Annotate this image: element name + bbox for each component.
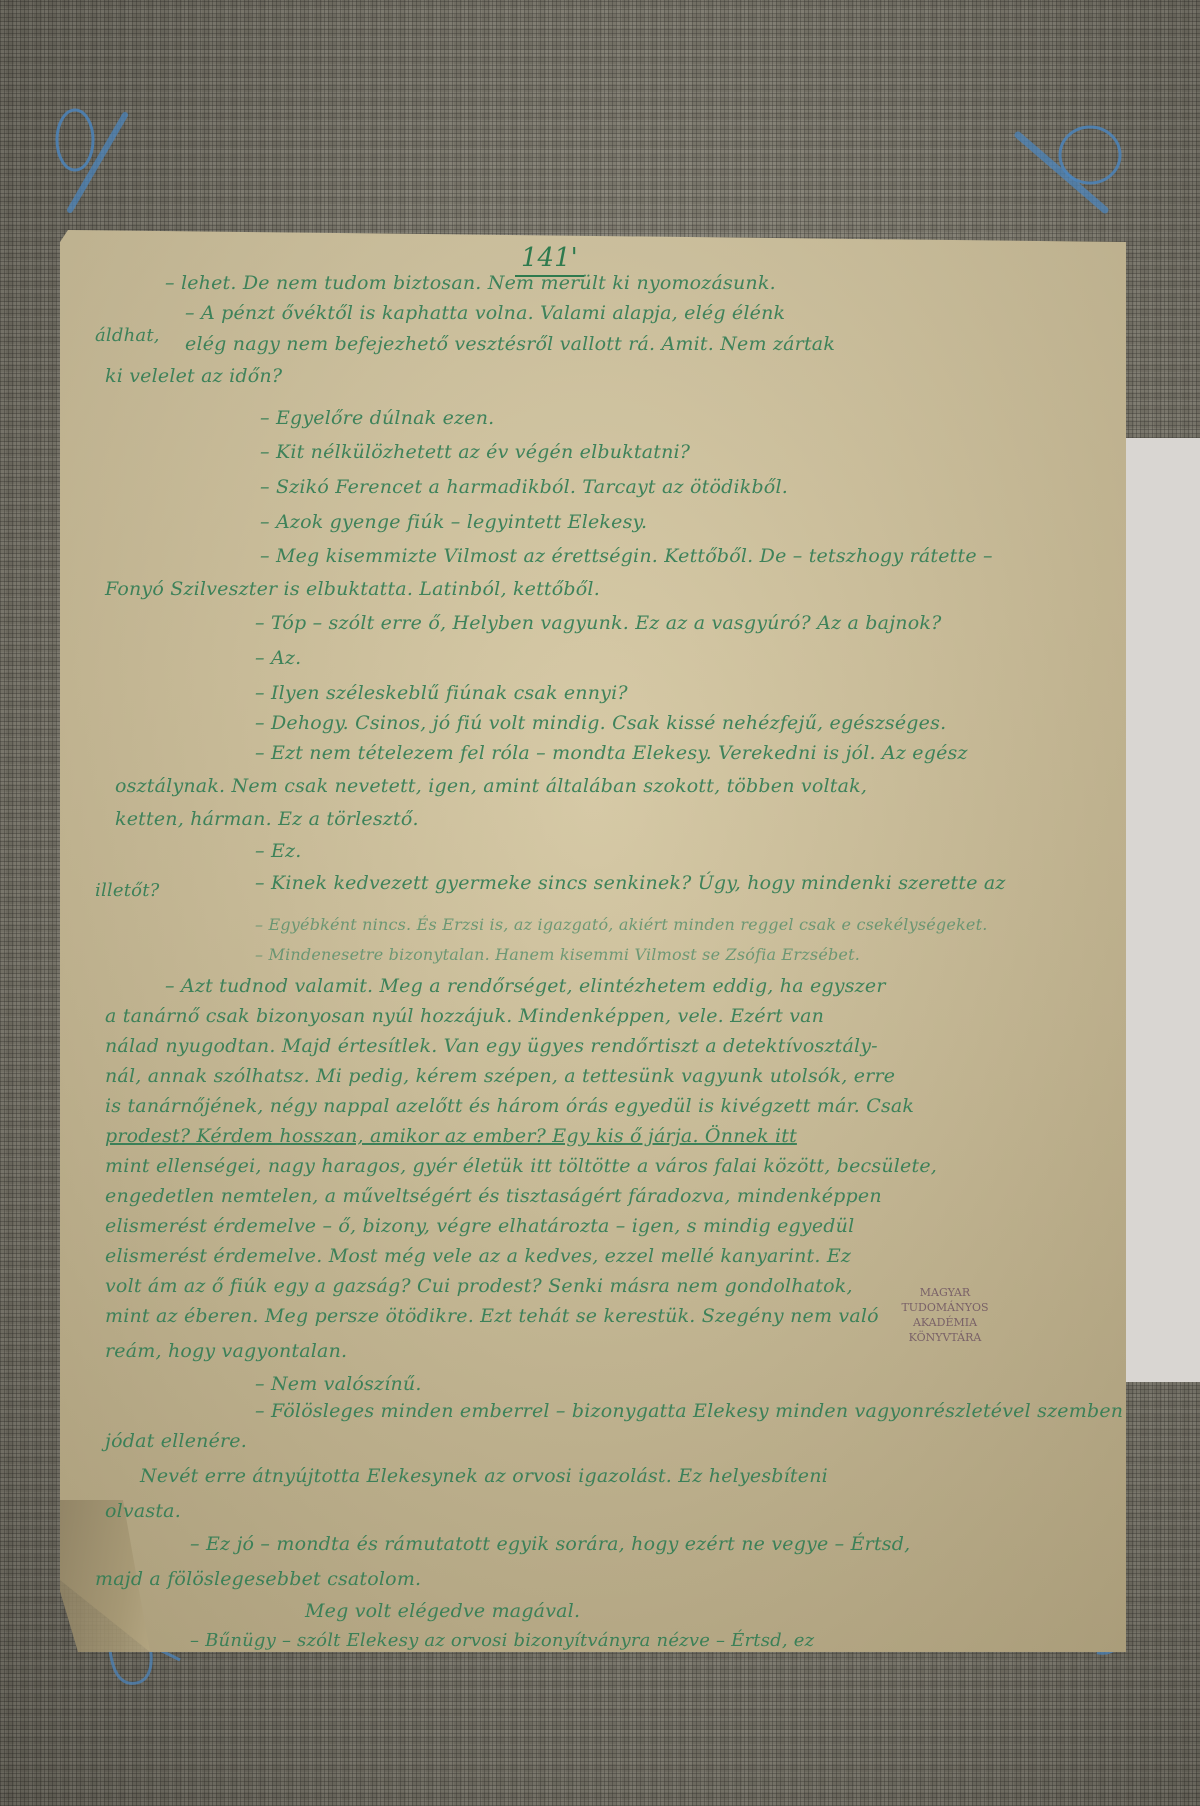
- manuscript-line: is tanárnőjének, négy nappal azelőtt és …: [105, 1095, 914, 1117]
- manuscript-line: – Fölösleges minden emberrel – bizonygat…: [255, 1400, 1123, 1422]
- manuscript-line: – A pénzt ővéktől is kaphatta volna. Val…: [185, 302, 785, 324]
- manuscript-line: mint ellenségei, nagy haragos, gyér élet…: [105, 1155, 937, 1177]
- manuscript-line: a tanárnő csak bizonyosan nyúl hozzájuk.…: [105, 1005, 824, 1027]
- stamp-line-2: TUDOMÁNYOS AKADÉMIA: [880, 1300, 1010, 1330]
- manuscript-line: prodest? Kérdem hosszan, amikor az ember…: [105, 1125, 797, 1147]
- manuscript-line: Fonyó Szilveszter is elbuktatta. Latinbó…: [105, 578, 600, 600]
- manuscript-margin-line: illetőt?: [95, 880, 159, 901]
- manuscript-line: mint az éberen. Meg persze ötödikre. Ezt…: [105, 1305, 879, 1327]
- manuscript-line: – Kinek kedvezett gyermeke sincs senkine…: [255, 872, 1006, 894]
- white-backing-sheet: [1113, 438, 1200, 1382]
- manuscript-line: – Mindenesetre bizonytalan. Hanem kisemm…: [255, 945, 860, 964]
- manuscript-line: – Szikó Ferencet a harmadikból. Tarcayt …: [260, 476, 788, 498]
- manuscript-line: – Ilyen széleskeblű fiúnak csak ennyi?: [255, 682, 628, 704]
- manuscript-line: – Ez jó – mondta és rámutatott egyik sor…: [190, 1533, 910, 1555]
- manuscript-line: ki velelet az időn?: [105, 365, 282, 387]
- manuscript-line: – Tóp – szólt erre ő, Helyben vagyunk. E…: [255, 612, 941, 634]
- manuscript-line: – Az.: [255, 647, 301, 669]
- manuscript-line: volt ám az ő fiúk egy a gazság? Cui prod…: [105, 1275, 853, 1297]
- stamp-line-1: MAGYAR: [880, 1285, 1010, 1300]
- manuscript-margin-line: áldhat,: [95, 325, 160, 346]
- manuscript-line: elismerést érdemelve – ő, bizony, végre …: [105, 1215, 854, 1237]
- manuscript-line: – Meg kisemmizte Vilmost az érettségin. …: [260, 545, 993, 567]
- manuscript-line: – Ez.: [255, 840, 301, 862]
- manuscript-line: nál, annak szólhatsz. Mi pedig, kérem sz…: [105, 1065, 895, 1087]
- manuscript-line: ketten, hárman. Ez a törlesztő.: [115, 808, 419, 830]
- manuscript-line: elég nagy nem befejezhető vesztésről val…: [185, 333, 835, 355]
- manuscript-line: nálad nyugodtan. Majd értesítlek. Van eg…: [105, 1035, 878, 1057]
- manuscript-line: – Egyébként nincs. És Erzsi is, az igazg…: [255, 915, 988, 934]
- manuscript-line: – lehet. De nem tudom biztosan. Nem merü…: [165, 272, 776, 294]
- manuscript-line: osztálynak. Nem csak nevetett, igen, ami…: [115, 775, 867, 797]
- manuscript-line: – Bűnügy – szólt Elekesy az orvosi bizon…: [190, 1630, 814, 1651]
- manuscript-line: olvasta.: [105, 1500, 181, 1522]
- manuscript-line: elismerést érdemelve. Most még vele az a…: [105, 1245, 851, 1267]
- stamp-line-3: KÖNYVTÁRA: [880, 1330, 1010, 1345]
- manuscript-line: – Nem valószínű.: [255, 1373, 422, 1395]
- manuscript-line: – Egyelőre dúlnak ezen.: [260, 407, 494, 429]
- library-stamp: MAGYAR TUDOMÁNYOS AKADÉMIA KÖNYVTÁRA: [880, 1285, 1010, 1345]
- manuscript-line: jódat ellenére.: [105, 1430, 247, 1452]
- manuscript-line: Meg volt elégedve magával.: [305, 1600, 580, 1622]
- manuscript-line: – Ezt nem tételezem fel róla – mondta El…: [255, 742, 968, 764]
- blue-pencil-mark-top-left: [40, 100, 140, 220]
- manuscript-line: reám, hogy vagyontalan.: [105, 1340, 347, 1362]
- manuscript-line: – Kit nélkülözhetett az év végén elbukta…: [260, 441, 690, 463]
- manuscript-line: – Dehogy. Csinos, jó fiú volt mindig. Cs…: [255, 712, 946, 734]
- manuscript-line: majd a fölöslegesebbet csatolom.: [95, 1568, 421, 1590]
- manuscript-line: engedetlen nemtelen, a műveltségért és t…: [105, 1185, 882, 1207]
- manuscript-line: Nevét erre átnyújtotta Elekesynek az orv…: [140, 1465, 828, 1487]
- manuscript-line: – Azt tudnod valamit. Meg a rendőrséget,…: [165, 975, 886, 997]
- blue-pencil-mark-top-right: [1010, 110, 1160, 220]
- manuscript-line: – Azok gyenge fiúk – legyintett Elekesy.: [260, 511, 647, 533]
